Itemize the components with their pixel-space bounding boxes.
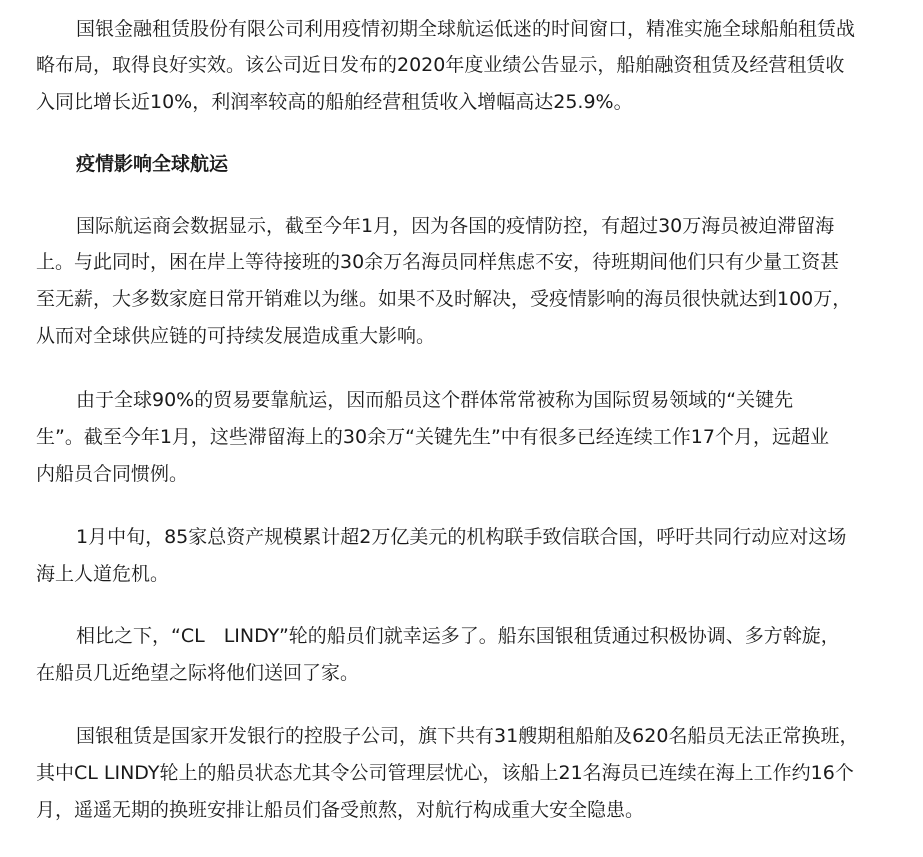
- paragraph-line: 国际航运商会数据显示，截至今年1月，因为各国的疫情防控，有超过30万海员被迫滞留…: [76, 214, 834, 238]
- paragraph-line: 内船员合同惯例。: [36, 462, 188, 486]
- paragraph-line: 从而对全球供应链的可持续发展造成重大影响。: [36, 324, 435, 348]
- paragraph-line: 至无薪，大多数家庭日常开销难以为继。如果不及时解决，受疫情影响的海员很快就达到1…: [36, 287, 851, 311]
- paragraph-line: 上。与此同时，困在岸上等待接班的30余万名海员同样焦虑不安，待班期间他们只有少量…: [36, 250, 839, 274]
- paragraph-line: 月，遥遥无期的换班安排让船员们备受煎熬，对航行构成重大安全隐患。: [36, 798, 644, 822]
- paragraph-line: 相比之下，“CL LINDY”轮的船员们就幸运多了。船东国银租赁通过积极协调、多…: [76, 624, 840, 648]
- paragraph-line: 其中CL LINDY轮上的船员状态尤其令公司管理层忧心，该船上21名海员已连续在…: [36, 761, 854, 785]
- paragraph-line: 生”。截至今年1月，这些滞留海上的30余万“关键先生”中有很多已经连续工作17个…: [36, 425, 829, 449]
- paragraph-line: 海上人道危机。: [36, 562, 169, 586]
- paragraph-line: 国银金融租赁股份有限公司利用疫情初期全球航运低迷的时间窗口，精准实施全球船舶租赁…: [76, 17, 855, 41]
- paragraph-line: 略布局，取得良好实效。该公司近日发布的2020年度业绩公告显示，船舶融资租赁及经…: [36, 53, 844, 77]
- paragraph-line: 在船员几近绝望之际将他们送回了家。: [36, 661, 359, 685]
- paragraph-line: 由于全球90%的贸易要靠航运，因而船员这个群体常常被称为国际贸易领域的“关键先: [76, 388, 793, 412]
- paragraph-line: 国银租赁是国家开发银行的控股子公司，旗下共有31艘期租船舶及620名船员无法正常…: [76, 724, 858, 748]
- paragraph-line: 入同比增长近10%，利润率较高的船舶经营租赁收入增幅高达25.9%。: [36, 90, 633, 114]
- paragraph-line: 1月中旬，85家总资产规模累计超2万亿美元的机构联手致信联合国，呼吁共同行动应对…: [76, 525, 846, 549]
- section-heading-text: 疫情影响全球航运: [76, 152, 228, 176]
